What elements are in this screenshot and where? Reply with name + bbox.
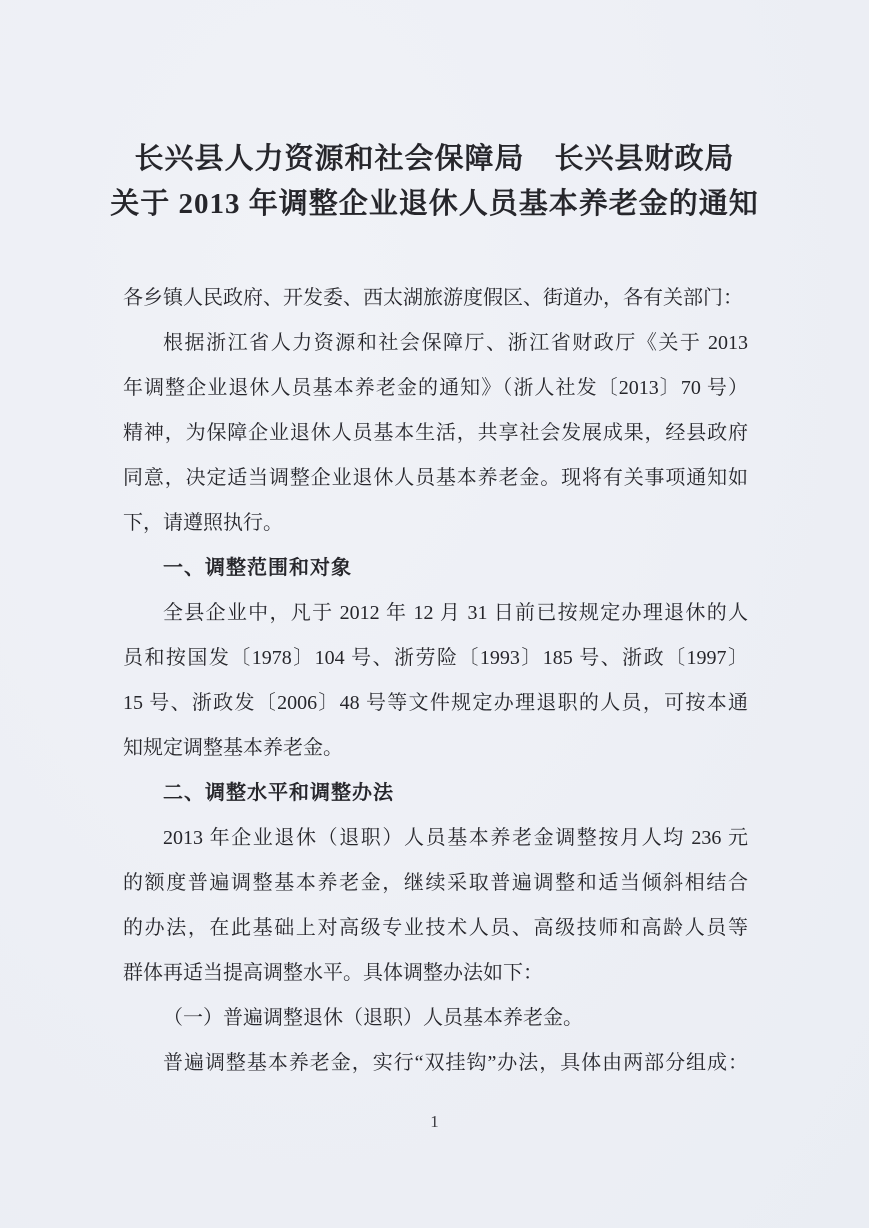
paragraph-2-line-1: 全县企业中，凡于 2012 年 12 月 31 日前已按规定办理退休的人 <box>123 591 748 636</box>
document-body: 各乡镇人民政府、开发委、西太湖旅游度假区、街道办，各有关部门： 根据浙江省人力资… <box>123 276 748 1086</box>
salutation-line: 各乡镇人民政府、开发委、西太湖旅游度假区、街道办，各有关部门： <box>123 276 748 321</box>
document-title-line-2: 关于 2013 年调整企业退休人员基本养老金的通知 <box>95 182 775 227</box>
paragraph-2-line-4: 知规定调整基本养老金。 <box>123 726 748 771</box>
paragraph-3-line-1: 2013 年企业退休（退职）人员基本养老金调整按月人均 236 元 <box>123 816 748 861</box>
subsection-item-line: （一）普遍调整退休（退职）人员基本养老金。 <box>123 996 748 1041</box>
section-heading-2: 二、调整水平和调整办法 <box>123 771 748 816</box>
paragraph-3-line-3: 的办法，在此基础上对高级专业技术人员、高级技师和高龄人员等 <box>123 906 748 951</box>
document-title-line-1: 长兴县人力资源和社会保障局 长兴县财政局 <box>95 137 775 182</box>
document-title: 长兴县人力资源和社会保障局 长兴县财政局 关于 2013 年调整企业退休人员基本… <box>95 137 775 227</box>
paragraph-1-line-3: 精神，为保障企业退休人员基本生活，共享社会发展成果，经县政府 <box>123 411 748 456</box>
paragraph-1-line-1: 根据浙江省人力资源和社会保障厅、浙江省财政厅《关于 2013 <box>123 321 748 366</box>
page-number: 1 <box>0 1112 869 1132</box>
paragraph-2-line-2: 员和按国发〔1978〕104 号、浙劳险〔1993〕185 号、浙政〔1997〕 <box>123 636 748 681</box>
paragraph-1-line-2: 年调整企业退休人员基本养老金的通知》（浙人社发〔2013〕70 号） <box>123 366 748 411</box>
paragraph-2-line-3: 15 号、浙政发〔2006〕48 号等文件规定办理退职的人员，可按本通 <box>123 681 748 726</box>
section-heading-1: 一、调整范围和对象 <box>123 546 748 591</box>
paragraph-1-line-4: 同意，决定适当调整企业退休人员基本养老金。现将有关事项通知如 <box>123 456 748 501</box>
paragraph-3-line-2: 的额度普遍调整基本养老金，继续采取普遍调整和适当倾斜相结合 <box>123 861 748 906</box>
paragraph-1-line-5: 下，请遵照执行。 <box>123 501 748 546</box>
scanned-document-page: 长兴县人力资源和社会保障局 长兴县财政局 关于 2013 年调整企业退休人员基本… <box>0 0 869 1228</box>
paragraph-4-line-1: 普遍调整基本养老金，实行“双挂钩”办法，具体由两部分组成： <box>123 1041 748 1086</box>
paragraph-3-line-4: 群体再适当提高调整水平。具体调整办法如下： <box>123 951 748 996</box>
